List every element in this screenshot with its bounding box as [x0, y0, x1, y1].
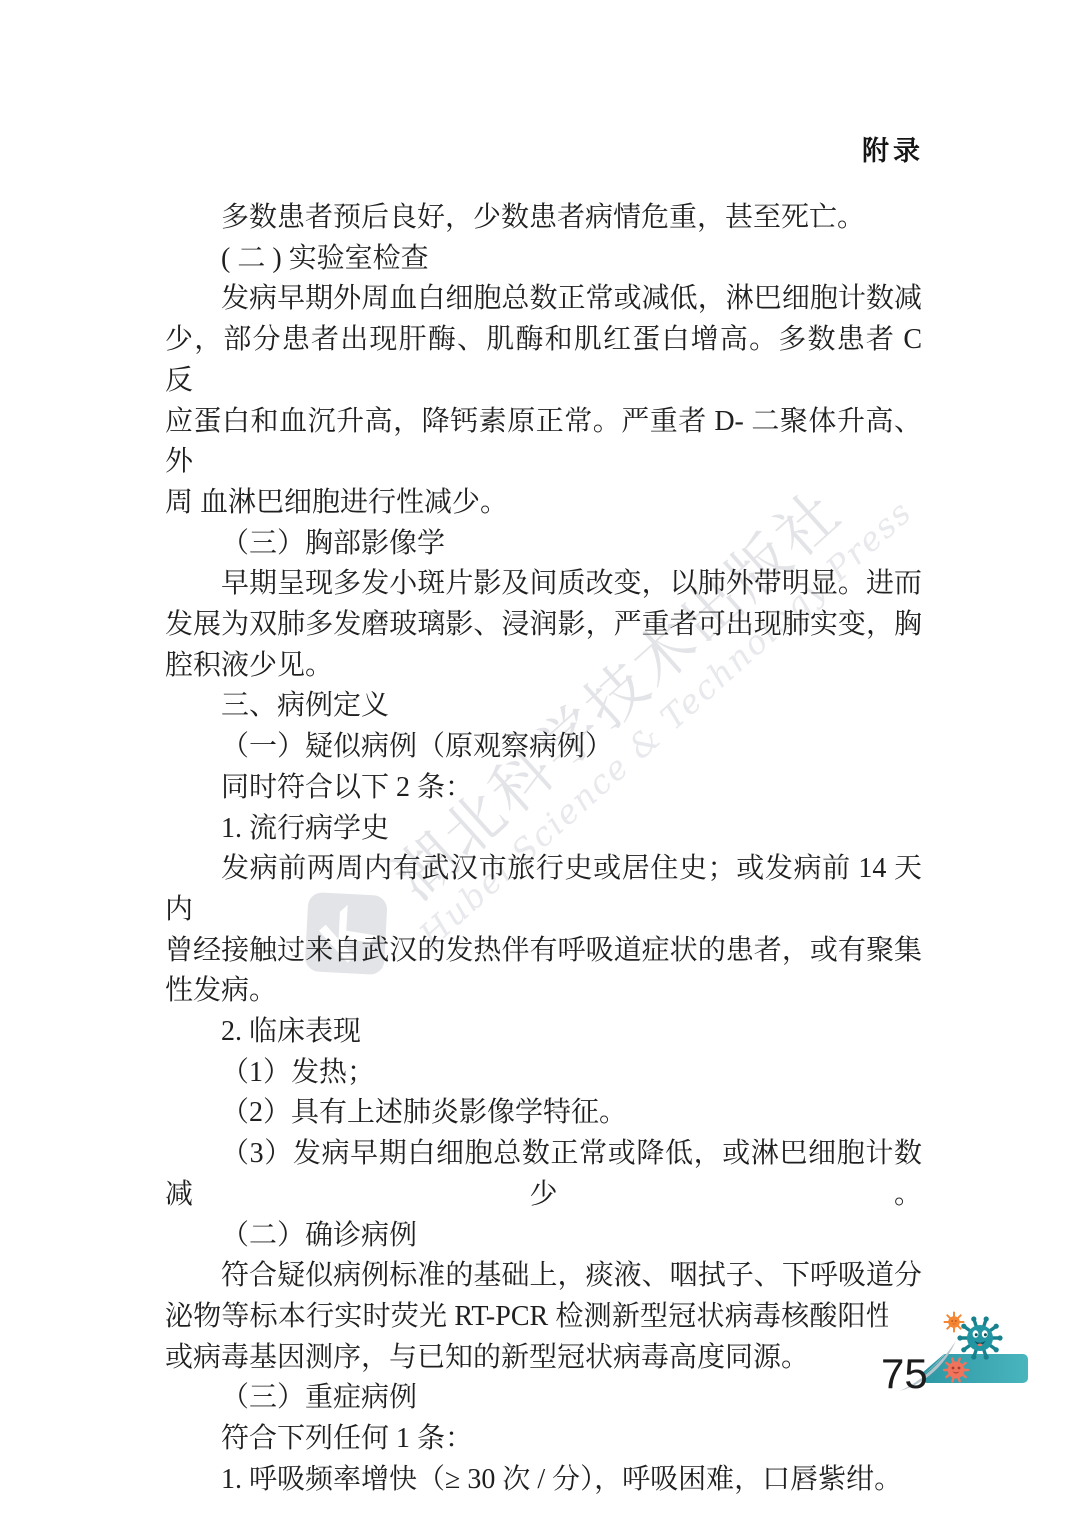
text-line: 2. 临床表现 [165, 1012, 922, 1053]
text-line: （三）胸部影像学 [165, 524, 922, 565]
text-line: （3）发病早期白细胞总数正常或降低，或淋巴细胞计数减少。 [165, 1134, 922, 1215]
text-line: 泌物等标本行实时荧光 RT-PCR 检测新型冠状病毒核酸阳性； [165, 1297, 922, 1338]
text-line: 早期呈现多发小斑片影及间质改变，以肺外带明显。进而 [165, 564, 922, 605]
text-line: 应蛋白和血沉升高，降钙素原正常。严重者 D- 二聚体升高、外 [165, 402, 922, 483]
text-line: 多数患者预后良好，少数患者病情危重，甚至死亡。 [165, 198, 922, 239]
text-line: （二）确诊病例 [165, 1216, 922, 1257]
text-line: 腔积液少见。 [165, 646, 922, 687]
text-line: 同时符合以下 2 条： [165, 768, 922, 809]
text-line: 曾经接触过来自武汉的发热伴有呼吸道症状的患者，或有聚集 [165, 931, 922, 972]
text-line: ( 二 ) 实验室检查 [165, 239, 922, 280]
text-line: 少，部分患者出现肝酶、肌酶和肌红蛋白增高。多数患者 C 反 [165, 320, 922, 401]
virus-teal-icon [957, 1316, 1002, 1359]
body-text: 多数患者预后良好，少数患者病情危重，甚至死亡。( 二 ) 实验室检查发病早期外周… [165, 198, 922, 1501]
virus-orange-icon [945, 1313, 964, 1332]
page-number: 75 [881, 1350, 928, 1398]
text-line: （1）发热； [165, 1053, 922, 1094]
text-line: 符合下列任何 1 条： [165, 1419, 922, 1460]
book-page: K 湖北科学技术出版社 Hubei Science & Technology P… [0, 0, 1080, 1524]
text-line: 三、病例定义 [165, 686, 922, 727]
text-line: （一）疑似病例（原观察病例） [165, 727, 922, 768]
text-line: 周 血淋巴细胞进行性减少。 [165, 483, 922, 524]
text-line: （2）具有上述肺炎影像学特征。 [165, 1093, 922, 1134]
text-line: 发病早期外周血白细胞总数正常或减低，淋巴细胞计数减 [165, 279, 922, 320]
text-line: 1. 流行病学史 [165, 809, 922, 850]
text-line: 性发病。 [165, 971, 922, 1012]
text-line: 1. 呼吸频率增快（≥ 30 次 / 分），呼吸困难，口唇紫绀。 [165, 1460, 922, 1501]
text-line: （三）重症病例 [165, 1378, 922, 1419]
text-line: 符合疑似病例标准的基础上，痰液、咽拭子、下呼吸道分 [165, 1256, 922, 1297]
text-line: 发展为双肺多发磨玻璃影、浸润影，严重者可出现肺实变，胸 [165, 605, 922, 646]
text-line: 或病毒基因测序，与已知的新型冠状病毒高度同源。 [165, 1338, 922, 1379]
running-head: 附录 [862, 129, 924, 168]
text-line: 发病前两周内有武汉市旅行史或居住史；或发病前 14 天内 [165, 849, 922, 930]
